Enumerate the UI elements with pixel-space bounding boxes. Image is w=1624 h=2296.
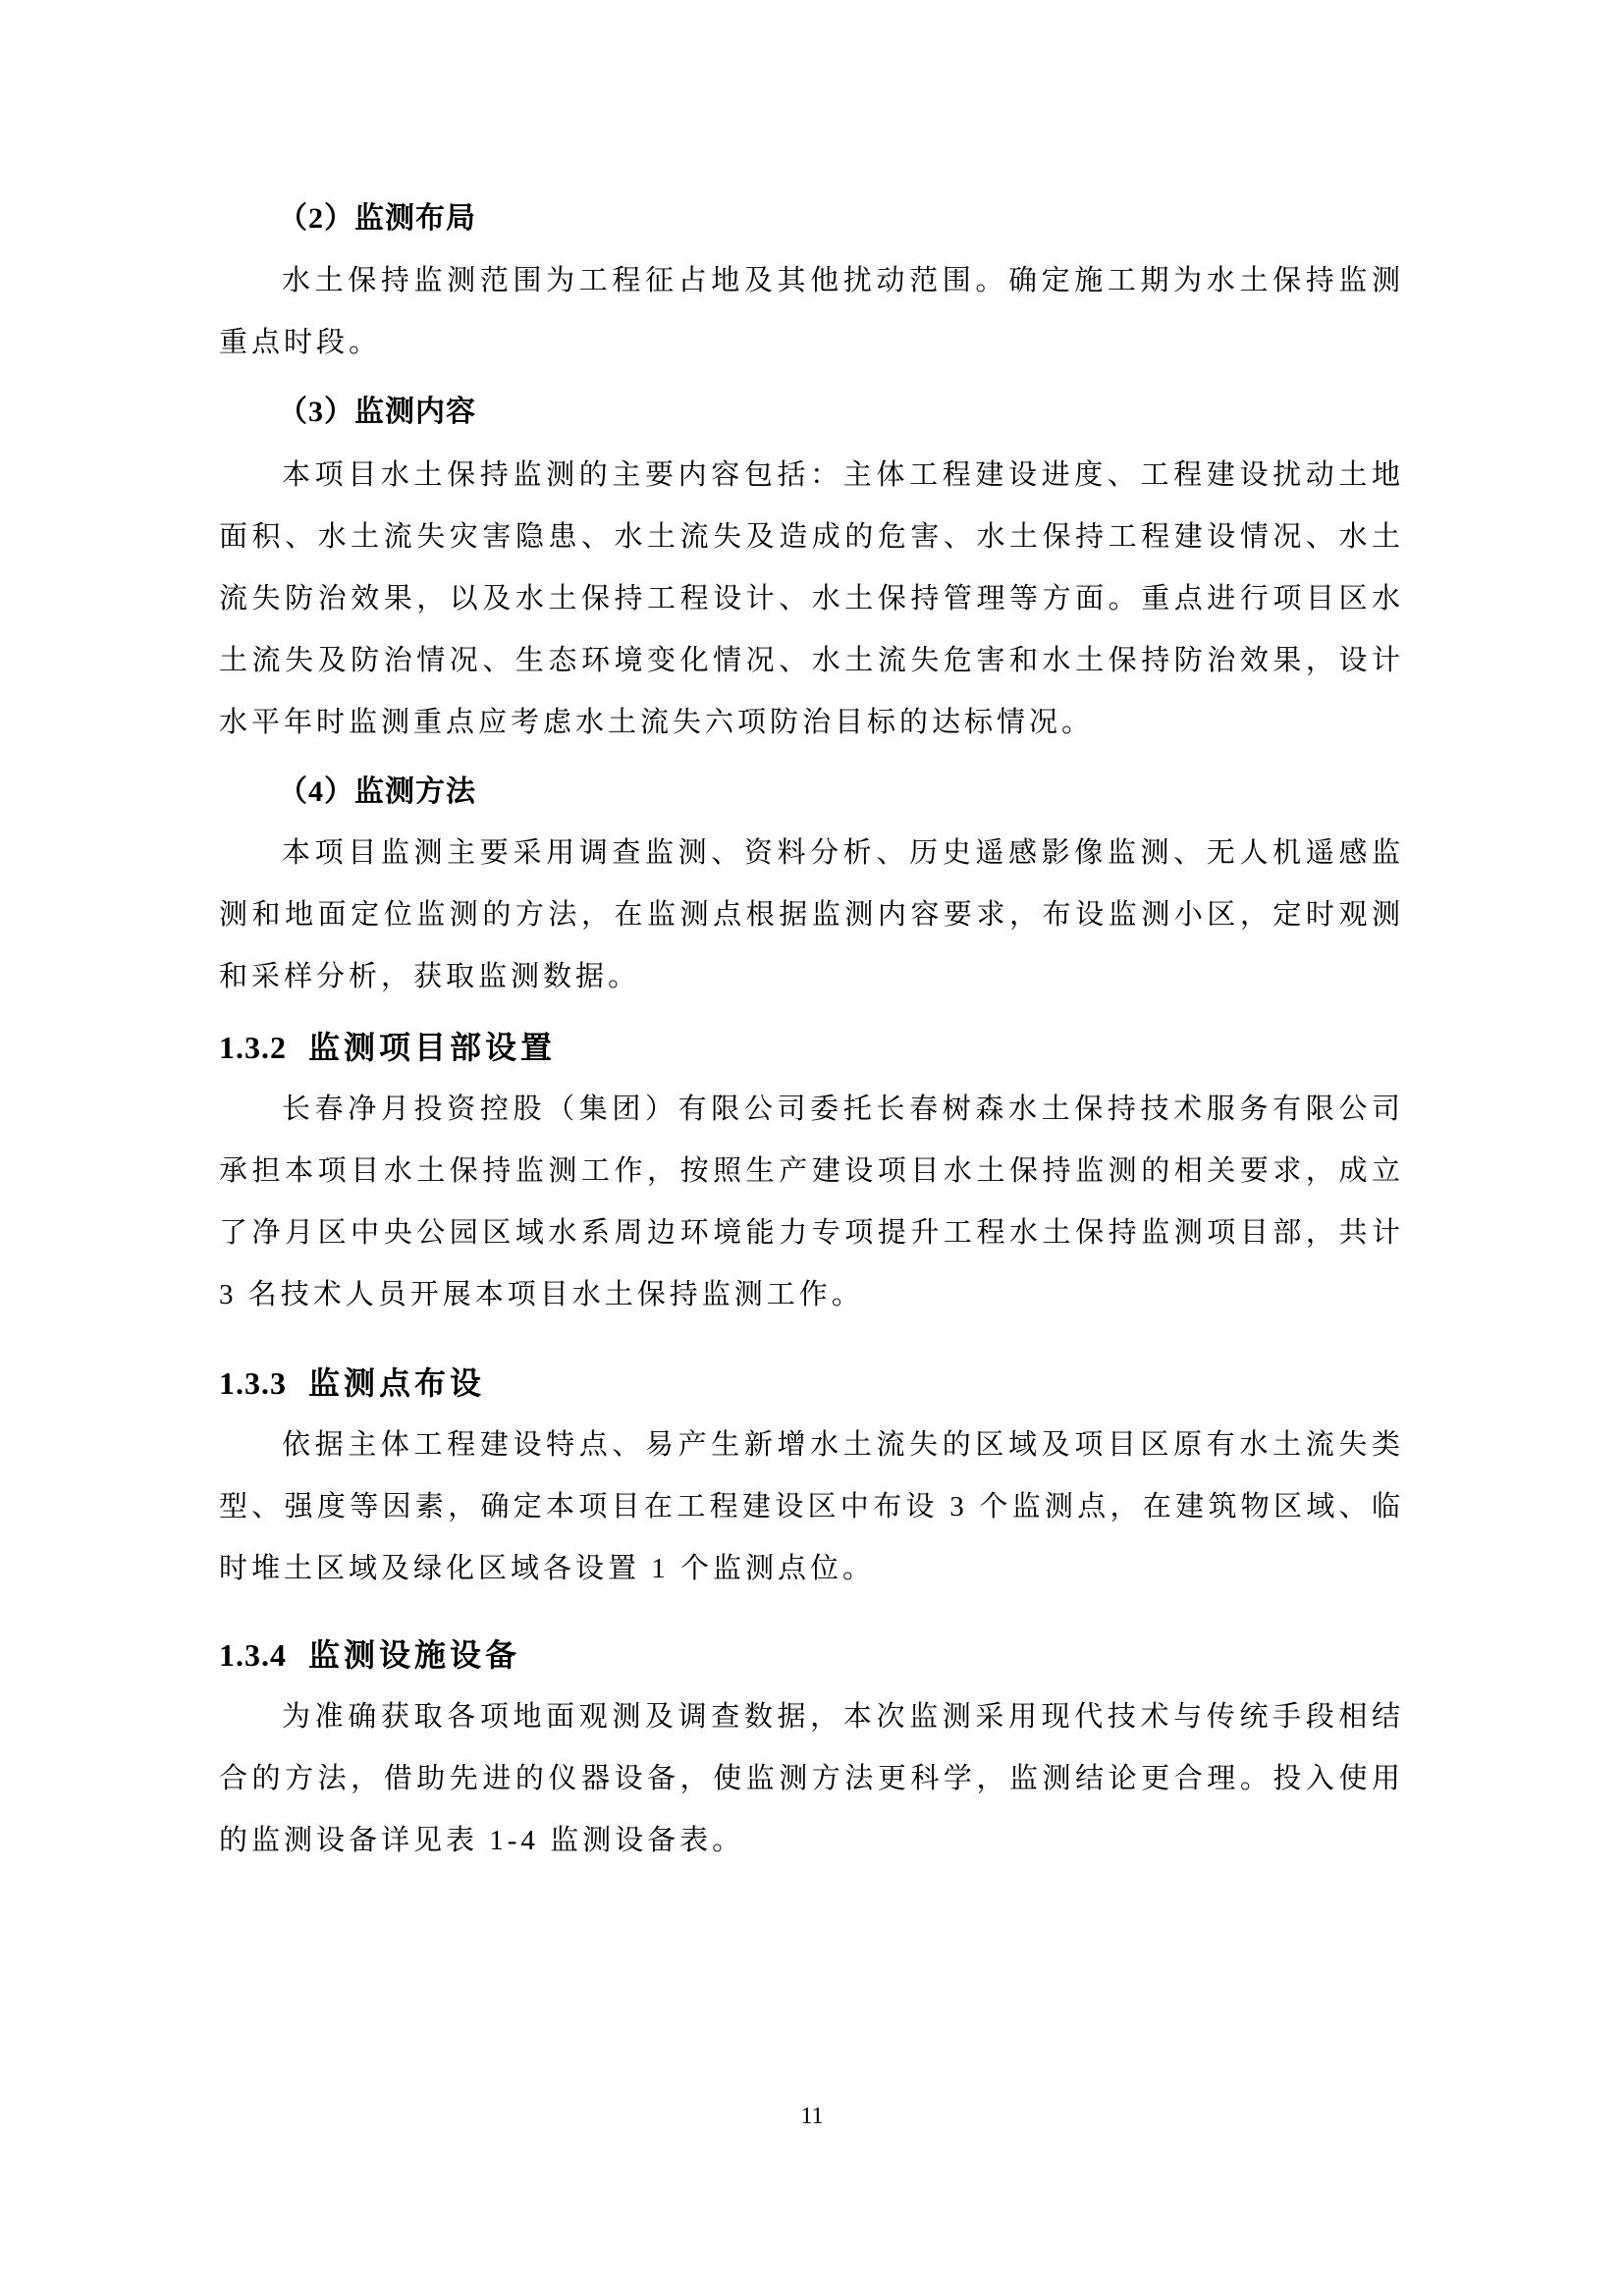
section-number: 1.3.3 — [219, 1365, 287, 1401]
section-title: 监测设施设备 — [308, 1637, 520, 1673]
paragraph-monitoring-points: 依据主体工程建设特点、易产生新增水土流失的区域及项目区原有水土流失类型、强度等因… — [219, 1415, 1404, 1600]
paragraph-monitoring-content: 本项目水土保持监测的主要内容包括：主体工程建设进度、工程建设扰动土地面积、水土流… — [219, 445, 1404, 754]
section-heading-1-3-2: 1.3.2 监测项目部设置 — [219, 1017, 1404, 1079]
section-title: 监测项目部设置 — [308, 1030, 556, 1065]
heading-monitoring-layout: （2）监测布局 — [219, 187, 1404, 249]
document-page: （2）监测布局 水土保持监测范围为工程征占地及其他扰动范围。确定施工期为水土保持… — [0, 0, 1624, 2296]
section-number: 1.3.2 — [219, 1030, 287, 1065]
paragraph-monitoring-equipment: 为准确获取各项地面观测及调查数据，本次监测采用现代技术与传统手段相结合的方法，借… — [219, 1686, 1404, 1872]
page-number: 11 — [0, 2102, 1624, 2131]
section-heading-1-3-4: 1.3.4 监测设施设备 — [219, 1625, 1404, 1686]
paragraph-monitoring-method: 本项目监测主要采用调查监测、资料分析、历史遥感影像监测、无人机遥感监测和地面定位… — [219, 823, 1404, 1008]
paragraph-project-department: 长春净月投资控股（集团）有限公司委托长春树森水土保持技术服务有限公司承担本项目水… — [219, 1079, 1404, 1326]
document-content: （2）监测布局 水土保持监测范围为工程征占地及其他扰动范围。确定施工期为水土保持… — [219, 187, 1404, 1872]
heading-monitoring-content: （3）监测内容 — [219, 381, 1404, 443]
section-title: 监测点布设 — [308, 1365, 485, 1401]
section-number: 1.3.4 — [219, 1637, 287, 1673]
section-heading-1-3-3: 1.3.3 监测点布设 — [219, 1353, 1404, 1415]
paragraph-monitoring-scope: 水土保持监测范围为工程征占地及其他扰动范围。确定施工期为水土保持监测重点时段。 — [219, 250, 1404, 374]
heading-monitoring-method: （4）监测方法 — [219, 761, 1404, 823]
